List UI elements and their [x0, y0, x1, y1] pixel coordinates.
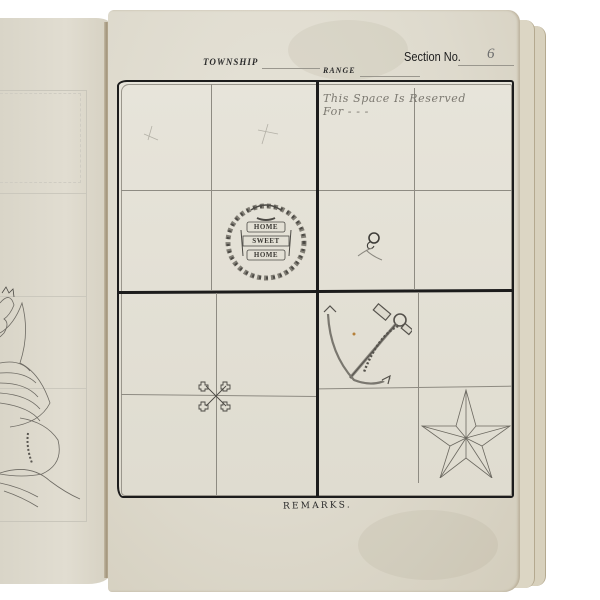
range-field [360, 76, 420, 77]
subdivision-line [319, 190, 512, 191]
section-value: 6 [487, 46, 495, 63]
star-icon [420, 388, 512, 478]
subdivision-line [121, 190, 316, 191]
faint-pencil-marks [140, 120, 300, 150]
township-field [262, 68, 320, 69]
small-figure-sketch-icon [352, 228, 386, 268]
township-label: TOWNSHIP [203, 57, 258, 67]
quatrefoil-cross-icon [198, 378, 234, 414]
subdivision-line [414, 88, 415, 290]
paper-stain [358, 510, 498, 580]
left-page [0, 18, 110, 584]
wreath-text-line3: HOME [247, 251, 285, 259]
subdivision-line [418, 293, 419, 483]
figure-sketch-icon [0, 273, 90, 533]
home-sweet-home-wreath: HOME SWEET HOME [221, 196, 311, 284]
reserved-note-line1: This Space Is Reserved [323, 92, 466, 105]
section-label: Section No. [404, 50, 461, 64]
remarks-label: REMARKS. [283, 500, 352, 511]
wreath-text-line1: HOME [247, 223, 285, 231]
section-field [458, 65, 514, 66]
wreath-text-line2: SWEET [243, 237, 289, 245]
reserved-note: This Space Is Reserved For - - - [323, 92, 466, 118]
subdivision-line [211, 84, 212, 290]
range-label: RANGE [323, 66, 356, 75]
left-panel-divider [0, 193, 86, 194]
reserved-note-line2: For - - - [323, 105, 466, 118]
anchor-icon [322, 300, 412, 390]
ornamental-border-icon [0, 93, 81, 183]
